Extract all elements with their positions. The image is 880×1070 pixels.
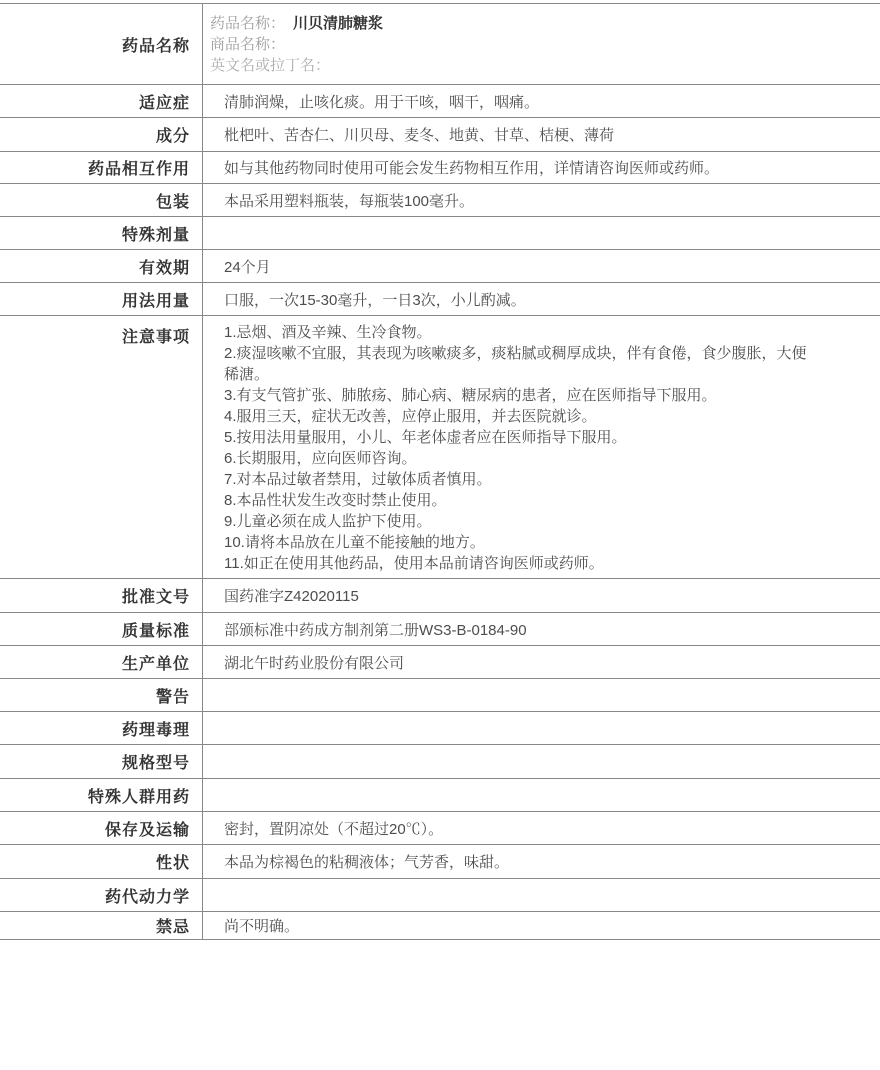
row-content: 本品采用塑料瓶装，每瓶装100毫升。 bbox=[202, 184, 880, 216]
row-label: 特殊剂量 bbox=[0, 217, 202, 249]
row-content: 枇杷叶、苦杏仁、川贝母、麦冬、地黄、甘草、桔梗、薄荷 bbox=[202, 118, 880, 151]
table-row-precautions: 注意事项 1.忌烟、酒及辛辣、生冷食物。 2.痰湿咳嗽不宜服，其表现为咳嗽痰多，… bbox=[0, 315, 880, 578]
row-content: 1.忌烟、酒及辛辣、生冷食物。 2.痰湿咳嗽不宜服，其表现为咳嗽痰多，痰粘腻或稠… bbox=[202, 316, 880, 578]
table-row-special-population: 特殊人群用药 bbox=[0, 778, 880, 811]
row-label: 注意事项 bbox=[0, 316, 202, 578]
row-label: 有效期 bbox=[0, 250, 202, 282]
row-content bbox=[202, 779, 880, 811]
row-content: 密封，置阴凉处（不超过20℃）。 bbox=[202, 812, 880, 844]
row-label: 质量标准 bbox=[0, 613, 202, 645]
row-content bbox=[202, 712, 880, 744]
row-label: 特殊人群用药 bbox=[0, 779, 202, 811]
table-row-special-dosage: 特殊剂量 bbox=[0, 216, 880, 249]
table-row-warning: 警告 bbox=[0, 678, 880, 711]
row-content bbox=[202, 879, 880, 911]
row-content bbox=[202, 745, 880, 778]
field-label: 商品名称： bbox=[210, 36, 285, 53]
row-label: 批准文号 bbox=[0, 579, 202, 612]
table-row-drug-name: 药品名称 药品名称：川贝清肺糖浆 商品名称： 英文名或拉丁名： bbox=[0, 3, 880, 84]
table-row-manufacturer: 生产单位 湖北午时药业股份有限公司 bbox=[0, 645, 880, 678]
precaution-line: 10.请将本品放在儿童不能接触的地方。 bbox=[224, 532, 485, 553]
row-label: 生产单位 bbox=[0, 646, 202, 678]
row-label: 药品名称 bbox=[0, 4, 202, 84]
precaution-line: 3.有支气管扩张、肺脓疡、肺心病、糖尿病的患者，应在医师指导下服用。 bbox=[224, 385, 717, 406]
table-row-ingredients: 成分 枇杷叶、苦杏仁、川贝母、麦冬、地黄、甘草、桔梗、薄荷 bbox=[0, 117, 880, 151]
table-row-dosage: 用法用量 口服，一次15-30毫升，一日3次，小儿酌减。 bbox=[0, 282, 880, 315]
table-row-indications: 适应症 清肺润燥，止咳化痰。用于干咳，咽干，咽痛。 bbox=[0, 84, 880, 117]
row-content: 部颁标准中药成方制剂第二册WS3-B-0184-90 bbox=[202, 613, 880, 645]
drug-name-field: 药品名称：川贝清肺糖浆 bbox=[210, 13, 383, 34]
precaution-line: 11.如正在使用其他药品，使用本品前请咨询医师或药师。 bbox=[224, 553, 604, 574]
row-content bbox=[202, 679, 880, 711]
table-row-specification: 规格型号 bbox=[0, 744, 880, 778]
table-row-approval-number: 批准文号 国药准字Z42020115 bbox=[0, 578, 880, 612]
row-label: 性状 bbox=[0, 845, 202, 878]
precaution-line: 8.本品性状发生改变时禁止使用。 bbox=[224, 490, 447, 511]
field-label: 药品名称： bbox=[210, 15, 285, 32]
table-row-interactions: 药品相互作用 如与其他药物同时使用可能会发生药物相互作用，详情请咨询医师或药师。 bbox=[0, 151, 880, 183]
precaution-line: 稀溏。 bbox=[224, 364, 269, 385]
row-content: 如与其他药物同时使用可能会发生药物相互作用，详情请咨询医师或药师。 bbox=[202, 152, 880, 183]
precaution-line: 5.按用法用量服用，小儿、年老体虚者应在医师指导下服用。 bbox=[224, 427, 627, 448]
precaution-line: 4.服用三天，症状无改善，应停止服用，并去医院就诊。 bbox=[224, 406, 597, 427]
precaution-line: 9.儿童必须在成人监护下使用。 bbox=[224, 511, 432, 532]
table-row-description: 性状 本品为棕褐色的粘稠液体；气芳香，味甜。 bbox=[0, 844, 880, 878]
drug-info-table: 药品名称 药品名称：川贝清肺糖浆 商品名称： 英文名或拉丁名： 适应症 清肺润燥… bbox=[0, 3, 880, 940]
table-row-pharmacokinetics: 药代动力学 bbox=[0, 878, 880, 911]
row-label: 保存及运输 bbox=[0, 812, 202, 844]
trade-name-field: 商品名称： bbox=[210, 34, 293, 55]
row-label: 药品相互作用 bbox=[0, 152, 202, 183]
drug-name-value: 川贝清肺糖浆 bbox=[293, 15, 383, 32]
row-content: 清肺润燥，止咳化痰。用于干咳，咽干，咽痛。 bbox=[202, 85, 880, 117]
row-content: 药品名称：川贝清肺糖浆 商品名称： 英文名或拉丁名： bbox=[202, 4, 880, 84]
precaution-line: 7.对本品过敏者禁用，过敏体质者慎用。 bbox=[224, 469, 492, 490]
row-content: 本品为棕褐色的粘稠液体；气芳香，味甜。 bbox=[202, 845, 880, 878]
row-label: 禁忌 bbox=[0, 912, 202, 939]
row-content: 24个月 bbox=[202, 250, 880, 282]
row-label: 药理毒理 bbox=[0, 712, 202, 744]
field-label: 英文名或拉丁名： bbox=[210, 57, 330, 74]
row-content: 尚不明确。 bbox=[202, 912, 880, 939]
precaution-line: 6.长期服用，应向医师咨询。 bbox=[224, 448, 417, 469]
table-row-pharmacology: 药理毒理 bbox=[0, 711, 880, 744]
table-row-shelf-life: 有效期 24个月 bbox=[0, 249, 880, 282]
row-content: 口服，一次15-30毫升，一日3次，小儿酌减。 bbox=[202, 283, 880, 315]
precaution-line: 2.痰湿咳嗽不宜服，其表现为咳嗽痰多，痰粘腻或稠厚成块，伴有食倦，食少腹胀，大便 bbox=[224, 343, 807, 364]
row-label: 包装 bbox=[0, 184, 202, 216]
row-content: 国药准字Z42020115 bbox=[202, 579, 880, 612]
drug-info-page: 药品名称 药品名称：川贝清肺糖浆 商品名称： 英文名或拉丁名： 适应症 清肺润燥… bbox=[0, 0, 880, 1070]
english-name-field: 英文名或拉丁名： bbox=[210, 55, 338, 76]
table-row-quality-standard: 质量标准 部颁标准中药成方制剂第二册WS3-B-0184-90 bbox=[0, 612, 880, 645]
row-label: 规格型号 bbox=[0, 745, 202, 778]
row-content bbox=[202, 217, 880, 249]
table-row-storage: 保存及运输 密封，置阴凉处（不超过20℃）。 bbox=[0, 811, 880, 844]
row-label: 药代动力学 bbox=[0, 879, 202, 911]
row-label: 警告 bbox=[0, 679, 202, 711]
row-label: 适应症 bbox=[0, 85, 202, 117]
row-label: 用法用量 bbox=[0, 283, 202, 315]
table-row-packaging: 包装 本品采用塑料瓶装，每瓶装100毫升。 bbox=[0, 183, 880, 216]
precaution-line: 1.忌烟、酒及辛辣、生冷食物。 bbox=[224, 322, 432, 343]
table-row-contraindications: 禁忌 尚不明确。 bbox=[0, 911, 880, 940]
row-content: 湖北午时药业股份有限公司 bbox=[202, 646, 880, 678]
row-label: 成分 bbox=[0, 118, 202, 151]
